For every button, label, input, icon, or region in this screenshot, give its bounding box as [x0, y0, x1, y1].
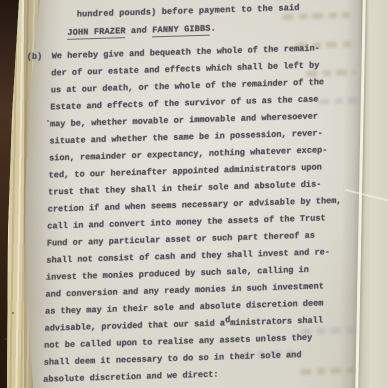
typewritten-text-block: hundred pounds) before payment to the sa…: [18, 0, 364, 388]
photographed-will-page: hundred pounds) before payment to the sa…: [0, 0, 388, 388]
beneficiary-name: JOHN FRAZER: [67, 26, 126, 39]
typed-correction-raised-d: d: [225, 315, 230, 325]
line-segment: ministrators shall: [230, 315, 323, 328]
period: .: [210, 23, 216, 33]
beneficiary-name: FANNY GIBBS: [152, 24, 211, 37]
line-segment: advisable, provided that our said a: [44, 318, 225, 333]
ink-speck: [12, 312, 14, 314]
ink-speck: [5, 338, 7, 340]
conjunction-text: and: [126, 25, 153, 36]
clause-body: We hereby give and bequeath the whole of…: [43, 39, 363, 388]
clause-b: (b) We hereby give and bequeath the whol…: [18, 39, 363, 388]
